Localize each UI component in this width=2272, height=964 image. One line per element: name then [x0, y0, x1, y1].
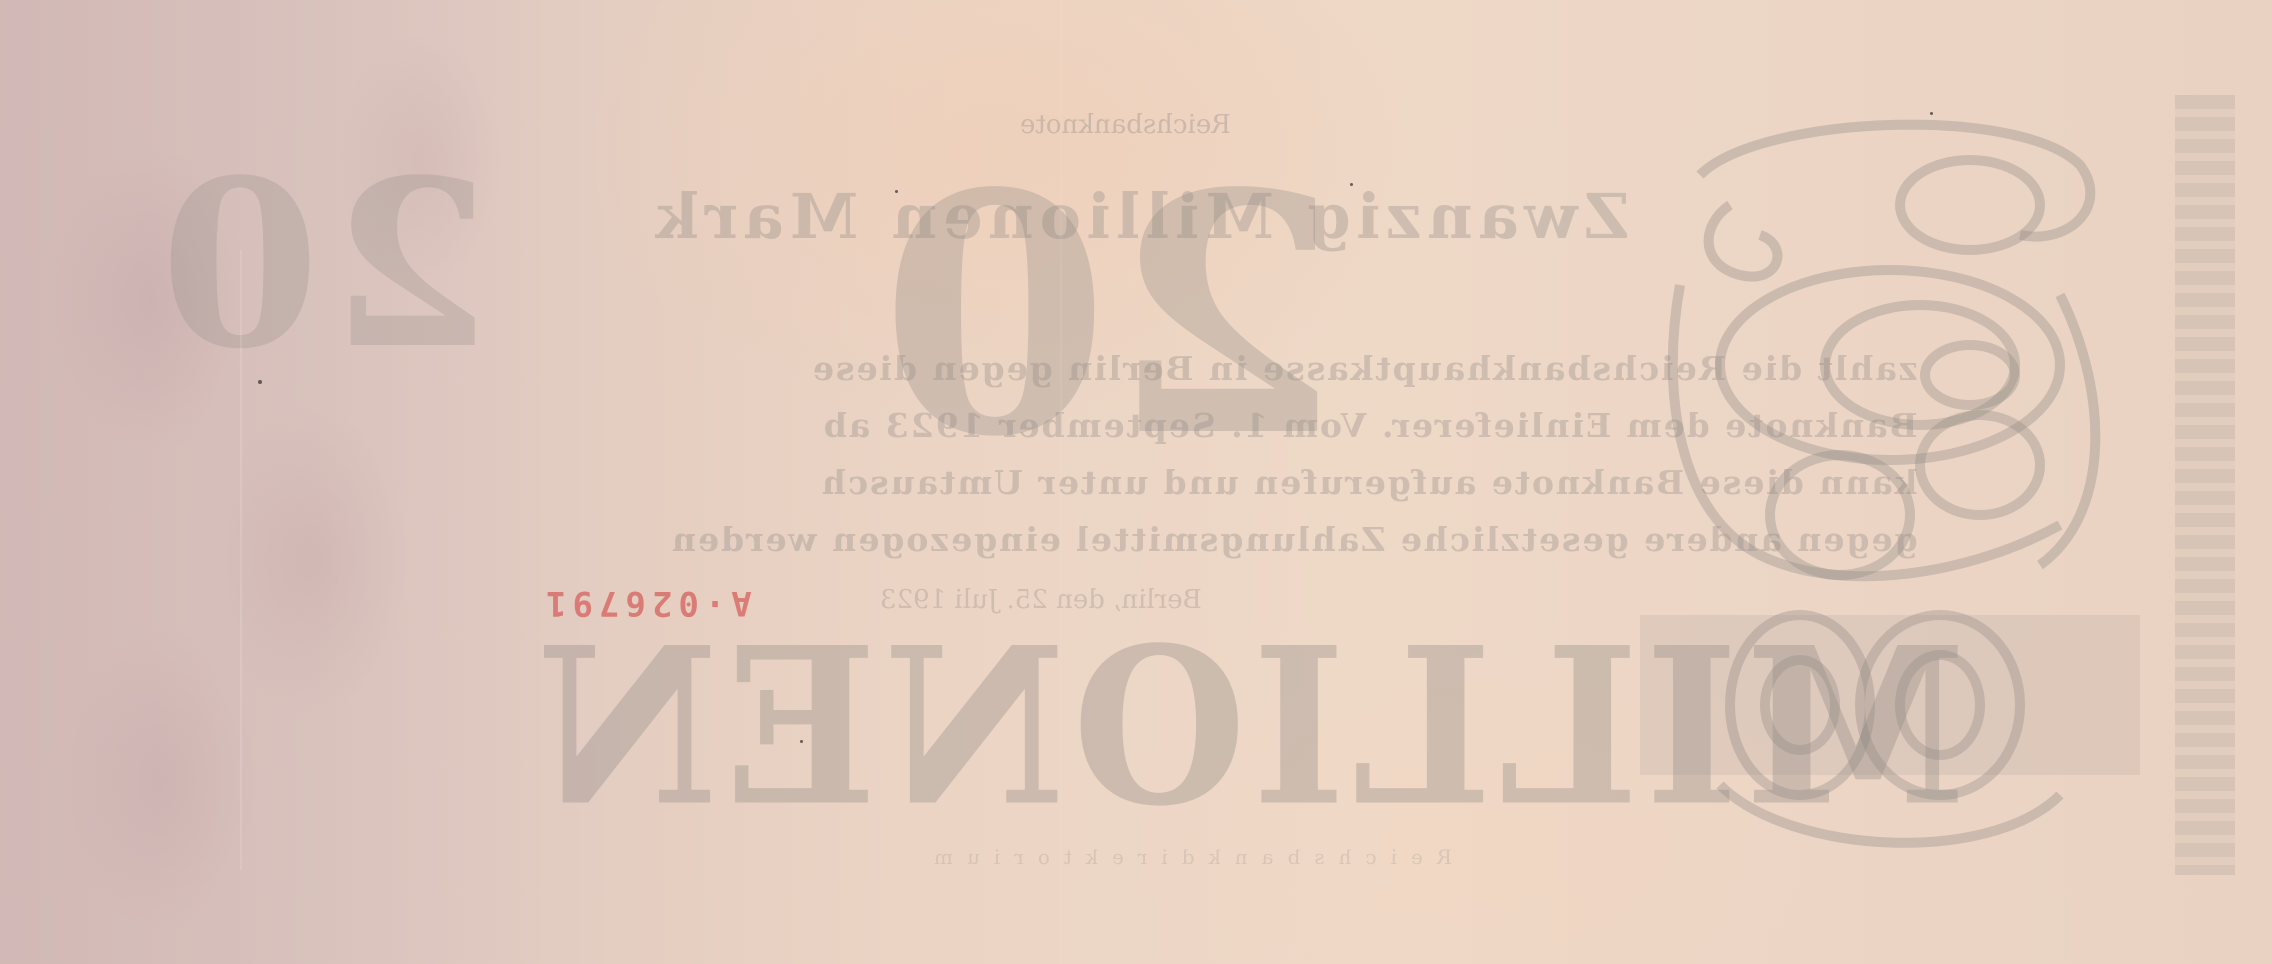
paper-crease — [1060, 0, 1062, 964]
ornamental-initial-showthrough — [1640, 95, 2140, 875]
paper-speck — [1350, 183, 1353, 186]
paper-speck — [258, 380, 262, 384]
ornament-swirl-icon — [1640, 95, 2140, 875]
paper-speck — [800, 740, 803, 743]
banknote-reverse: 20 Reichsbanknote Zwanzig Millionen Mark… — [0, 0, 2272, 964]
footer-showthrough: Reichsbankdirektorium — [920, 845, 1452, 869]
paper-speck — [1930, 112, 1933, 115]
paper-speck — [895, 190, 898, 193]
paper-crease — [240, 250, 242, 870]
left-numeral-showthrough: 20 — [150, 150, 490, 380]
vertical-text-strip-showthrough — [2175, 95, 2235, 875]
